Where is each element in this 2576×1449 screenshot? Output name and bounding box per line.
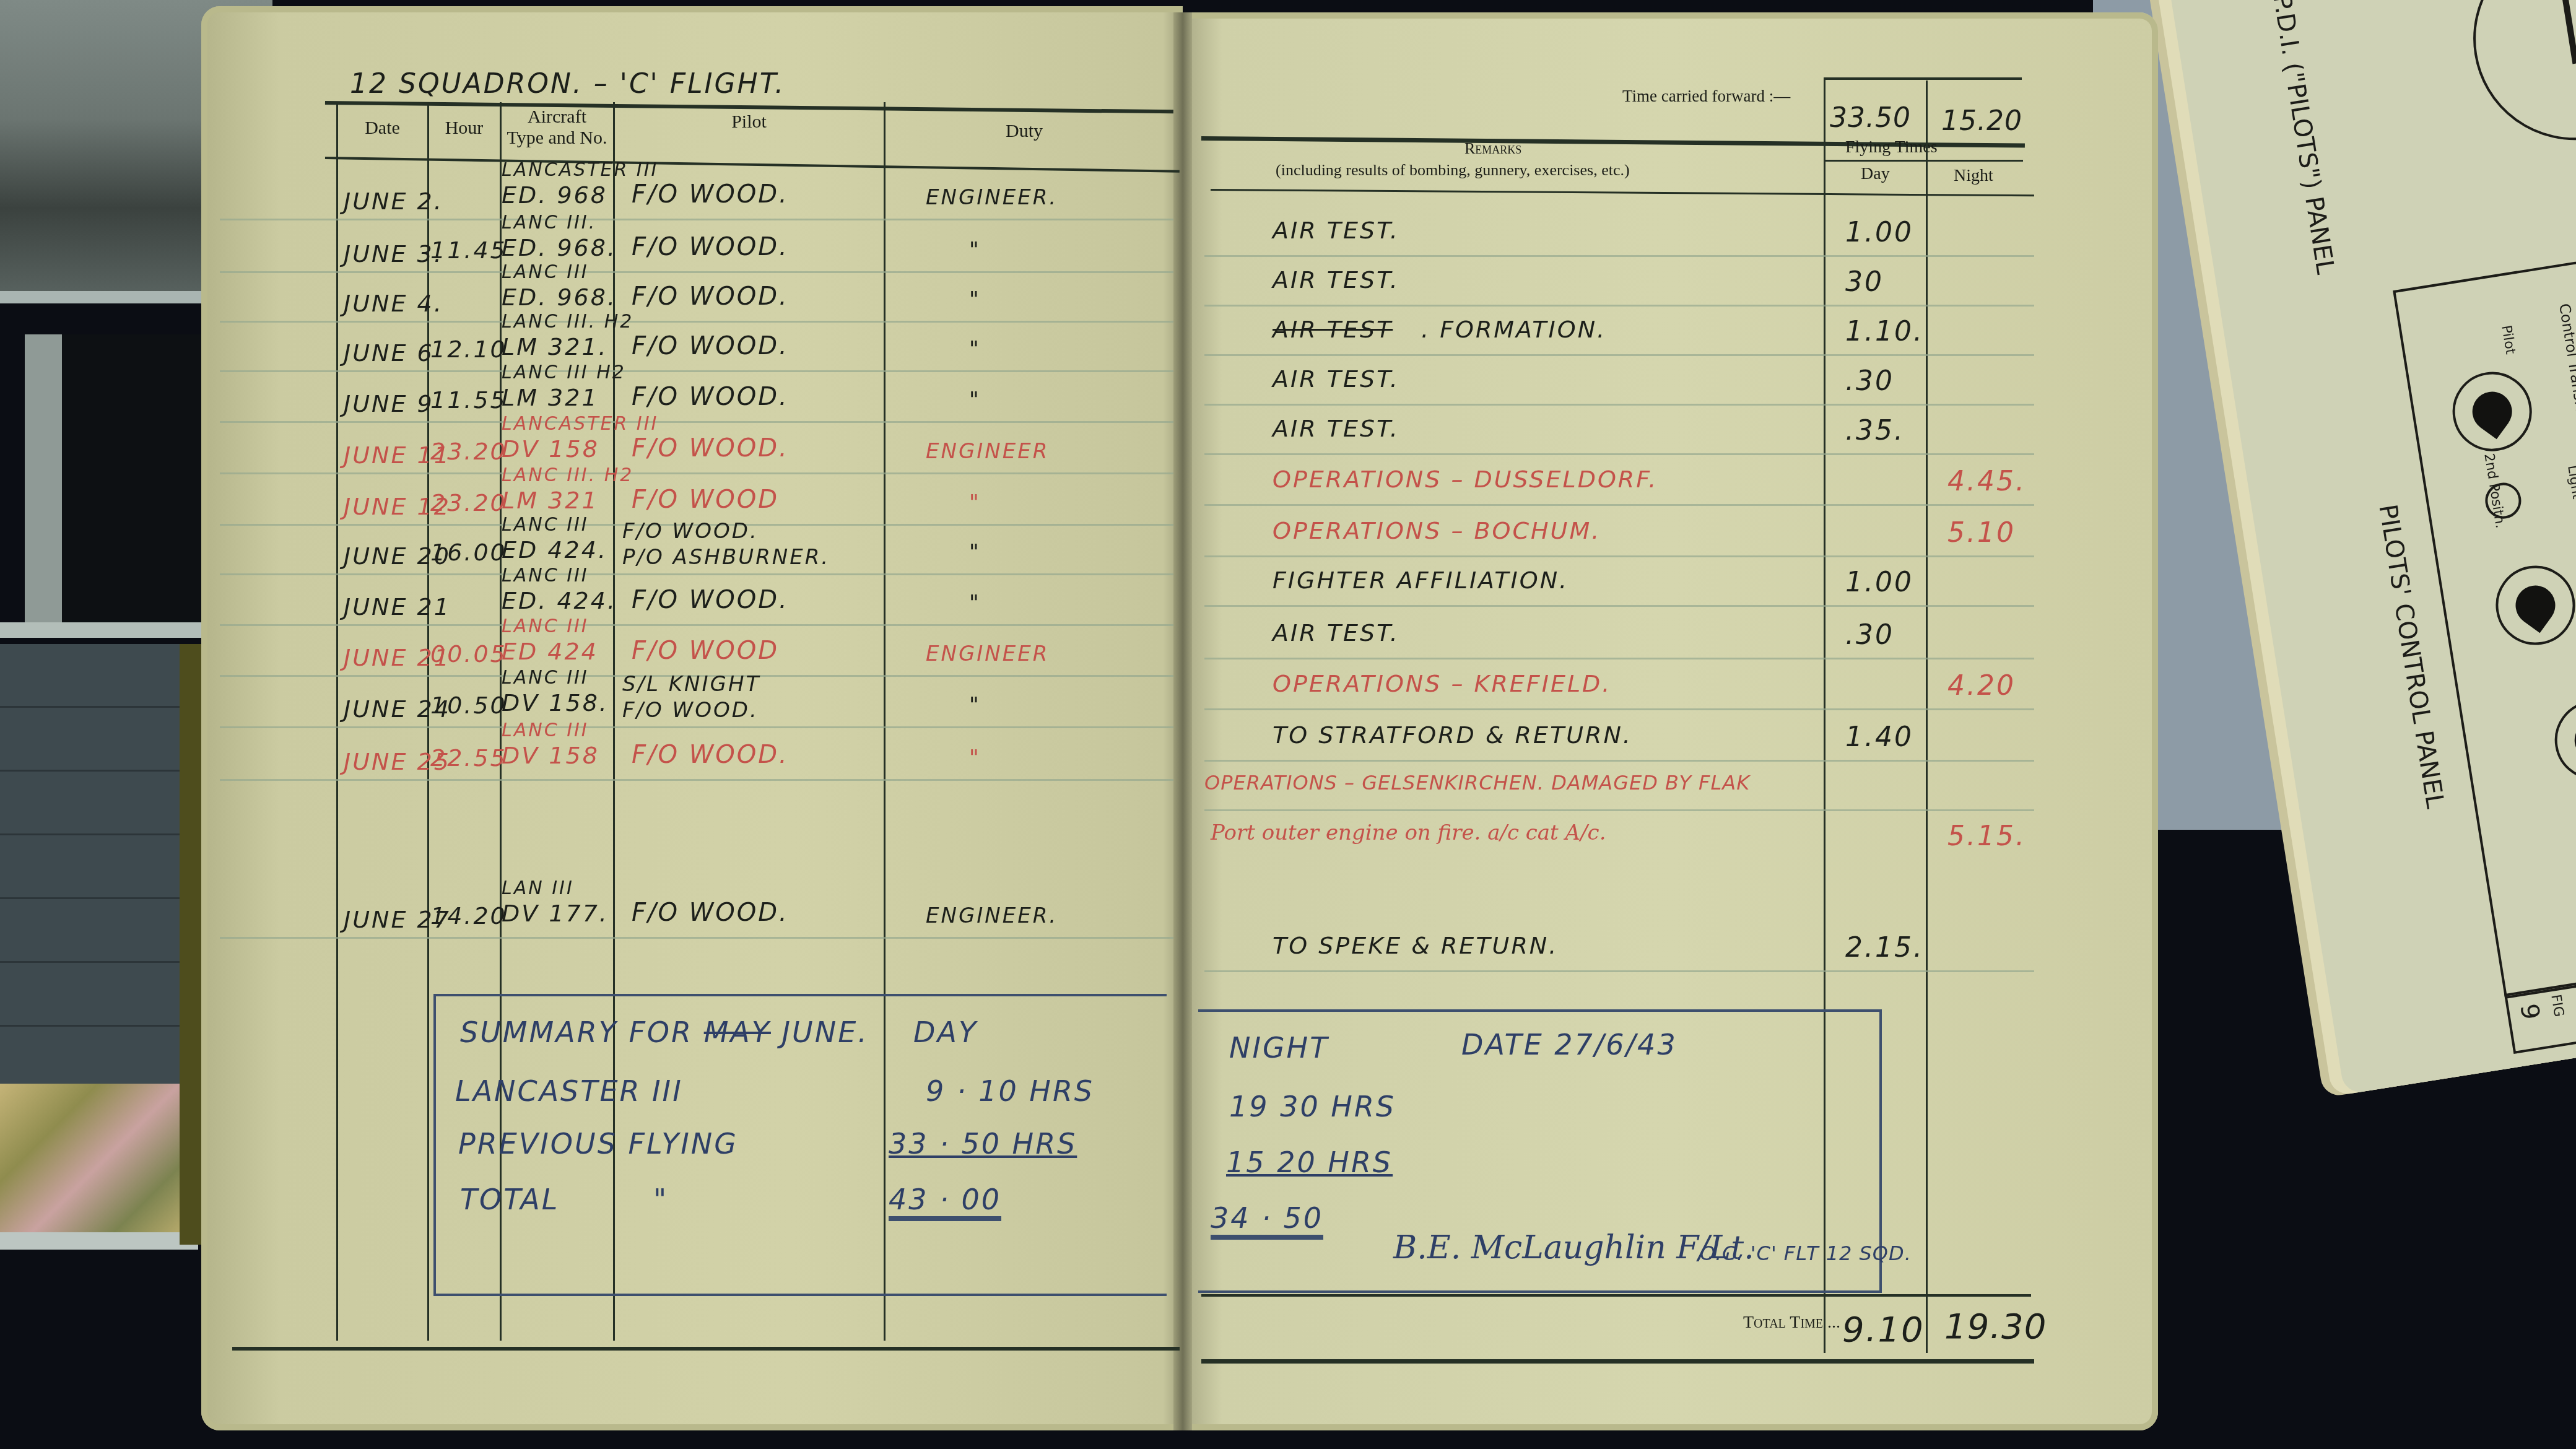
total-bottom-rule bbox=[1201, 1359, 2034, 1364]
entry-duty: ENGINEER. bbox=[926, 185, 1058, 210]
entry-aircraft-type: LANCASTER III bbox=[502, 159, 658, 181]
entry-aircraft-number: ED. 424. bbox=[502, 590, 617, 612]
entry-aircraft-type: LANC III. H2 bbox=[502, 311, 633, 333]
entry-date: JUNE 2. bbox=[344, 188, 443, 215]
entry-pilot-second: P/O ASHBURNER. bbox=[622, 545, 830, 570]
entry-aircraft-number: ED 424 bbox=[502, 640, 598, 663]
remark-text: TO SPEKE & RETURN. bbox=[1273, 932, 1558, 959]
remark-text: AIR TEST. bbox=[1273, 619, 1399, 646]
ruled-line bbox=[220, 421, 1173, 423]
day-time: 1.10. bbox=[1845, 316, 1924, 347]
total-time-label: Total Time ... bbox=[1743, 1313, 1840, 1333]
night-column-header: Night bbox=[1954, 166, 1993, 186]
entry-aircraft-number: LM 321. bbox=[502, 336, 608, 358]
panel-title: P.D.I. ("PILOTS") PANEL bbox=[2267, 0, 2339, 276]
ruled-line bbox=[1204, 658, 2034, 659]
carried-forward-top-rule bbox=[1824, 77, 2022, 80]
struck-month: MAY bbox=[704, 1016, 771, 1049]
control-panel-diagram: Elevator Stabiliser Servo P.D.I. Control… bbox=[2393, 235, 2576, 999]
entry-duty: ENGINEER. bbox=[926, 903, 1058, 928]
summary-row-label: LANCASTER III bbox=[455, 1074, 683, 1108]
flying-times-rule bbox=[1825, 160, 2023, 162]
entry-aircraft-type: LANC III bbox=[502, 514, 589, 536]
entry-pilot: F/O WOOD. bbox=[632, 180, 789, 209]
background-photo-color bbox=[0, 1084, 180, 1232]
column-header-date: Date bbox=[337, 118, 427, 139]
day-time: 2.15. bbox=[1845, 932, 1924, 964]
remark-text: AIR TEST. bbox=[1273, 415, 1399, 442]
squadron-heading: 12 SQUADRON. – 'C' FLIGHT. bbox=[350, 68, 785, 100]
summary-night-total: 34 · 50 bbox=[1211, 1201, 1323, 1240]
entry-duty: " bbox=[969, 388, 981, 412]
remark-text: . FORMATION. bbox=[1421, 316, 1606, 343]
entry-aircraft-number: DV 158 bbox=[502, 744, 599, 767]
remark-struck-text: AIR TEST bbox=[1273, 316, 1393, 343]
entry-hour: 11.45 bbox=[430, 237, 507, 264]
ruled-line bbox=[220, 573, 1173, 575]
entry-duty: " bbox=[969, 287, 981, 312]
day-time: .30 bbox=[1845, 365, 1894, 397]
entry-date: JUNE 6 bbox=[344, 339, 434, 367]
total-time-day: 9.10 bbox=[1842, 1310, 1925, 1350]
remarks-subheading: (including results of bombing, gunnery, … bbox=[1276, 161, 1630, 180]
entry-date: JUNE 9 bbox=[344, 390, 434, 417]
total-time-night: 19.30 bbox=[1944, 1307, 2047, 1347]
entry-pilot: F/O WOOD bbox=[632, 485, 779, 514]
remark-text: FIGHTER AFFILIATION. bbox=[1273, 567, 1569, 594]
entry-hour: 00.05 bbox=[430, 640, 507, 668]
ruled-line bbox=[1204, 453, 2034, 455]
entry-aircraft-type: LANC III H2 bbox=[502, 362, 626, 384]
night-time: 4.45. bbox=[1947, 466, 2026, 497]
remark-text: OPERATIONS – KREFIELD. bbox=[1273, 670, 1611, 697]
ruled-line bbox=[220, 937, 1173, 939]
entry-duty: " bbox=[969, 591, 981, 616]
entry-duty: " bbox=[969, 540, 981, 565]
entry-hour: 11.55 bbox=[430, 386, 507, 414]
entry-aircraft-number: ED 424. bbox=[502, 539, 607, 561]
day-time: 30 bbox=[1845, 266, 1884, 298]
remark-text: AIR TEST. bbox=[1273, 217, 1399, 244]
summary-night-row: 19 30 HRS bbox=[1229, 1090, 1396, 1123]
carried-forward-day: 33.50 bbox=[1830, 102, 1911, 134]
entry-aircraft-number: DV 177. bbox=[502, 902, 609, 925]
entry-aircraft-type: LANC III. bbox=[502, 212, 596, 234]
entry-aircraft-type: LANC III bbox=[502, 616, 589, 638]
entry-aircraft-number: ED. 968. bbox=[502, 286, 617, 308]
ruled-line bbox=[220, 624, 1173, 626]
night-column-divider bbox=[1926, 80, 1928, 1353]
remark-text-continued: Port outer engine on fire. a/c cat A/c. bbox=[1211, 820, 1606, 845]
ruled-line bbox=[220, 271, 1173, 273]
ruled-line bbox=[220, 370, 1173, 372]
entry-hour: 16.00 bbox=[430, 539, 507, 566]
entry-aircraft-number: LM 321 bbox=[502, 386, 599, 409]
ruled-line bbox=[220, 779, 1173, 781]
night-time: 4.20 bbox=[1947, 670, 2016, 702]
entry-hour: 22.55 bbox=[430, 744, 507, 772]
entry-duty: ENGINEER bbox=[926, 642, 1049, 666]
summary-ditto: " bbox=[653, 1183, 668, 1216]
entry-duty: " bbox=[969, 693, 981, 718]
entry-pilot: F/O WOOD bbox=[632, 637, 779, 665]
entry-aircraft-number: ED. 968. bbox=[502, 237, 617, 259]
ruled-line bbox=[1204, 809, 2034, 811]
entry-aircraft-type: LANC III bbox=[502, 667, 589, 689]
signature-title: O.C. 'C' FLT 12 SQD. bbox=[1700, 1242, 1912, 1265]
ruled-line bbox=[220, 219, 1173, 220]
entry-aircraft-type: LANC III bbox=[502, 720, 589, 742]
total-top-rule bbox=[1201, 1294, 2031, 1297]
summary-row-value: 9 · 10 HRS bbox=[926, 1074, 1094, 1108]
entry-pilot: F/O WOOD. bbox=[622, 519, 759, 544]
entry-hour: 12.10 bbox=[430, 336, 507, 363]
ruled-line bbox=[1204, 760, 2034, 762]
entry-aircraft-number: ED. 968 bbox=[502, 184, 607, 206]
carried-forward-night: 15.20 bbox=[1941, 105, 2022, 137]
control-knob-icon bbox=[2447, 366, 2537, 456]
flying-times-label: Flying Times bbox=[1845, 137, 1938, 157]
night-time: 5.10 bbox=[1947, 517, 2016, 549]
entry-aircraft-type: LANC III bbox=[502, 261, 589, 284]
entry-pilot: F/O WOOD. bbox=[632, 282, 789, 311]
entry-pilot: F/O WOOD. bbox=[632, 434, 789, 463]
time-carried-forward-label: Time carried forward :— bbox=[1622, 87, 1790, 106]
ruled-line bbox=[220, 726, 1173, 728]
entry-aircraft-number: DV 158. bbox=[502, 692, 609, 714]
summary-row-value: 33 · 50 HRS bbox=[889, 1127, 1077, 1160]
entry-date: JUNE 21 bbox=[344, 593, 451, 620]
entry-hour: 23.20 bbox=[430, 489, 507, 516]
entry-pilot: F/O WOOD. bbox=[632, 383, 789, 411]
column-header-duty: Duty bbox=[885, 121, 1164, 142]
day-column-header: Day bbox=[1861, 164, 1890, 184]
night-time: 5.15. bbox=[1947, 820, 2026, 852]
summary-night-label: NIGHT bbox=[1229, 1031, 1329, 1064]
summary-day-label: DAY bbox=[913, 1016, 978, 1049]
entry-date: JUNE 3. bbox=[344, 240, 443, 268]
left-page-bottom-rule bbox=[232, 1347, 1180, 1351]
remark-text: OPERATIONS – DUSSELDORF. bbox=[1273, 466, 1658, 493]
entry-pilot: S/L KNIGHT bbox=[622, 672, 760, 697]
summary-row-label: PREVIOUS FLYING bbox=[458, 1127, 738, 1160]
day-time: .35. bbox=[1845, 415, 1905, 446]
remarks-heading: Remarks bbox=[1464, 139, 1521, 158]
ruled-line bbox=[1204, 504, 2034, 506]
entry-duty: " bbox=[969, 746, 981, 770]
remark-text: TO STRATFORD & RETURN. bbox=[1273, 721, 1632, 749]
entry-aircraft-type: LAN III bbox=[502, 877, 574, 900]
remark-text: OPERATIONS – GELSENKIRCHEN. Damaged by f… bbox=[1204, 771, 1750, 794]
control-knob-icon bbox=[2490, 560, 2576, 650]
flying-logbook: 12 SQUADRON. – 'C' FLIGHT. Date Hour Air… bbox=[195, 0, 2164, 1437]
dial-needle-icon bbox=[2560, 0, 2576, 64]
entry-pilot-second: F/O WOOD. bbox=[622, 698, 759, 723]
day-time: .30 bbox=[1845, 619, 1894, 651]
entry-aircraft-number: DV 158 bbox=[502, 438, 599, 460]
ruled-line bbox=[1204, 305, 2034, 307]
summary-title: SUMMARY FOR MAY JUNE. bbox=[460, 1016, 869, 1049]
ruled-line bbox=[1204, 255, 2034, 257]
summary-date: DATE 27/6/43 bbox=[1461, 1028, 1677, 1061]
column-header-pilot: Pilot bbox=[614, 111, 884, 133]
entry-aircraft-number: LM 321 bbox=[502, 489, 599, 511]
column-header-aircraft: Aircraft Type and No. bbox=[501, 107, 613, 149]
column-divider bbox=[336, 102, 338, 1341]
entry-duty: " bbox=[969, 337, 981, 362]
ruled-line bbox=[1204, 555, 2034, 557]
entry-duty: " bbox=[969, 490, 981, 515]
entry-hour: 23.20 bbox=[430, 438, 507, 465]
column-header-hour: Hour bbox=[429, 118, 500, 139]
entry-pilot: F/O WOOD. bbox=[632, 899, 789, 927]
entry-aircraft-type: LANCASTER III bbox=[502, 413, 658, 435]
entry-date: JUNE 4. bbox=[344, 290, 443, 317]
entry-pilot: F/O WOOD. bbox=[632, 586, 789, 614]
ruled-line bbox=[220, 472, 1173, 474]
ruled-line bbox=[1204, 404, 2034, 406]
entry-pilot: F/O WOOD. bbox=[632, 233, 789, 261]
ruled-line bbox=[220, 321, 1173, 323]
day-time: 1.40 bbox=[1845, 721, 1913, 753]
summary-total-value: 43 · 00 bbox=[889, 1183, 1001, 1221]
photo-border bbox=[0, 1232, 198, 1250]
day-time: 1.00 bbox=[1845, 217, 1913, 248]
remark-text: OPERATIONS – BOCHUM. bbox=[1273, 517, 1601, 544]
entry-aircraft-type: LANC III bbox=[502, 565, 589, 587]
ruled-line bbox=[1204, 605, 2034, 607]
entry-pilot: F/O WOOD. bbox=[632, 741, 789, 769]
entry-aircraft-type: LANC III. H2 bbox=[502, 464, 633, 487]
entry-hour: 14.20 bbox=[430, 902, 507, 929]
summary-row-label: TOTAL bbox=[460, 1183, 559, 1216]
entry-duty: " bbox=[969, 238, 981, 263]
summary-night-row: 15 20 HRS bbox=[1226, 1146, 1393, 1179]
pdi-dial: P.D.I. bbox=[2458, 0, 2576, 155]
entry-duty: ENGINEER bbox=[926, 439, 1049, 464]
remark-text: AIR TEST. bbox=[1273, 365, 1399, 393]
entry-pilot: F/O WOOD. bbox=[632, 332, 789, 360]
ruled-line bbox=[1204, 354, 2034, 356]
remark-text: AIR TEST. bbox=[1273, 266, 1399, 294]
entry-hour: 10.50 bbox=[430, 692, 507, 719]
fig-box: FIG 9 bbox=[2504, 981, 2576, 1054]
ruled-line bbox=[1204, 970, 2034, 972]
day-time: 1.00 bbox=[1845, 567, 1913, 598]
ruled-line bbox=[1204, 708, 2034, 710]
control-knob-icon bbox=[2549, 695, 2576, 785]
book-gutter bbox=[1173, 12, 1192, 1430]
